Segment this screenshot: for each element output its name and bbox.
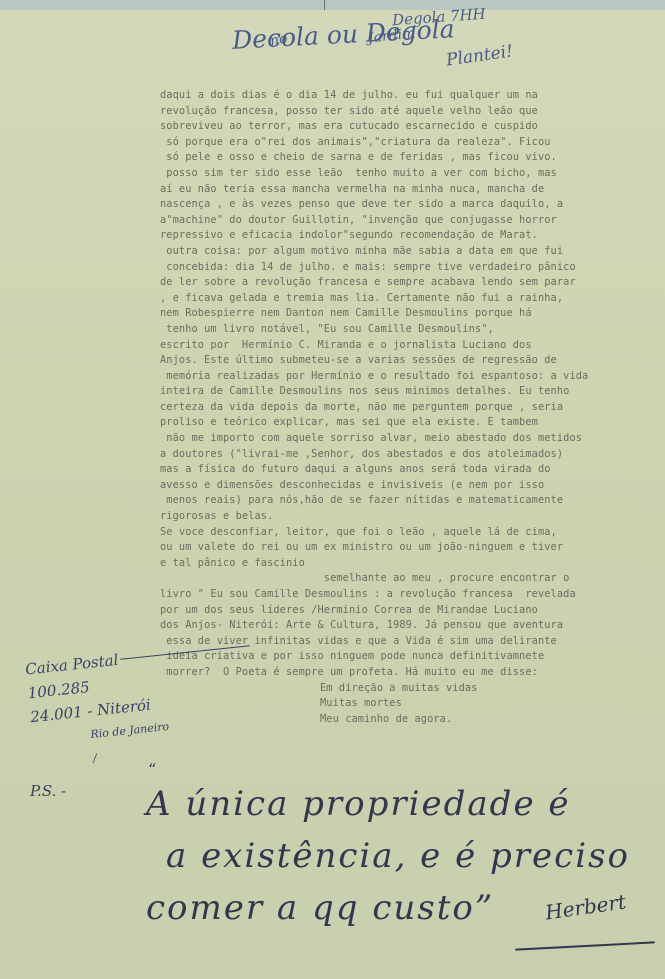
- typed-line: escrito por Hermínio C. Miranda e o jorn…: [160, 338, 660, 354]
- typed-line: só porque era o"rei dos animais","criatu…: [160, 135, 660, 151]
- typed-line: Anjos. Este último submeteu-se a varias …: [160, 353, 660, 369]
- typed-line: só pele e osso e cheio de sarna e de fer…: [160, 150, 660, 166]
- typed-line: não me importo com aquele sorriso alvar,…: [160, 431, 660, 447]
- typed-line: avesso e dimensões desconhecidas e invis…: [160, 478, 660, 494]
- poem-line: Meu caminho de agora.: [160, 712, 660, 728]
- typed-line: , e ficava gelada e tremia mas lia. Cert…: [160, 291, 660, 307]
- typed-line: mas a física do futuro daqui a alguns an…: [160, 462, 660, 478]
- typed-line: morrer? O Poeta é sempre um profeta. Há …: [160, 665, 660, 681]
- typed-line: concebida: dia 14 de julho. e mais: semp…: [160, 260, 660, 276]
- margin-address-note: Caixa Postal 100.285 24.001 - Niterói Ri…: [24, 643, 176, 777]
- typed-line: de ler sobre a revolução francesa e semp…: [160, 275, 660, 291]
- typed-line: aí eu não teria essa mancha vermelha na …: [160, 182, 660, 198]
- postscript-line-2: a existência, e é preciso: [146, 830, 646, 882]
- typed-line: outra coisa: por algum motivo minha mãe …: [160, 244, 660, 260]
- typed-line: inteira de Camille Desmoulins nos seus m…: [160, 384, 660, 400]
- typed-line: daqui a dois dias é o dia 14 de julho. e…: [160, 88, 660, 104]
- typed-line: posso sim ter sido esse leão tenho muito…: [160, 166, 660, 182]
- typed-line: livro " Eu sou Camille Desmoulins : a re…: [160, 587, 660, 603]
- handwritten-sub-a: no: [269, 31, 289, 50]
- typed-line: memória realizadas por Hermínio e o resu…: [160, 369, 660, 385]
- typed-line: Se voce desconfiar, leitor, que foi o le…: [160, 525, 660, 541]
- typed-line: a"machine" do doutor Guillotin, "invençã…: [160, 213, 660, 229]
- postscript-open-quote: “: [148, 760, 156, 779]
- typed-body: daqui a dois dias é o dia 14 de julho. e…: [160, 88, 660, 727]
- typed-line: menos reais) para nós,hão de se fazer ní…: [160, 493, 660, 509]
- typed-line: e tal pânico e fascinio: [160, 556, 660, 572]
- typed-line: tenho um livro notável, "Eu sou Camille …: [160, 322, 660, 338]
- poem-line: Em direção a muitas vidas: [160, 681, 660, 697]
- typed-line: ou um valete do rei ou um ex ministro ou…: [160, 540, 660, 556]
- typed-line: a doutores ("livrai-me ,Senhor, dos abes…: [160, 447, 660, 463]
- typed-line: nem Robespierre nem Danton nem Camille D…: [160, 306, 660, 322]
- typed-line: certeza da vida depois da morte, não me …: [160, 400, 660, 416]
- typed-line: revolução francesa, posso ter sido até a…: [160, 104, 660, 120]
- typed-line: proliso e teórico explicar, mas sei que …: [160, 415, 660, 431]
- postscript-label: P.S. -: [30, 782, 66, 800]
- typed-line: sobreviveu ao terror, mas era cutucado e…: [160, 119, 660, 135]
- typed-line: ideia criativa e por isso ninguem pode n…: [160, 649, 660, 665]
- poem-line: Muitas mortes: [160, 696, 660, 712]
- typed-line: repressivo e eficacia indolor"segundo re…: [160, 228, 660, 244]
- typed-line: nascença , e às vezes penso que deve ter…: [160, 197, 660, 213]
- typed-line: dos Anjos- Niterói: Arte & Cultura, 1989…: [160, 618, 660, 634]
- typed-line: semelhante ao meu , procure encontrar o: [160, 571, 660, 587]
- postscript-line-1: A única propriedade é: [146, 778, 646, 830]
- typed-line: por um dos seus líderes /Herminio Correa…: [160, 603, 660, 619]
- typed-line: rigorosas e belas.: [160, 509, 660, 525]
